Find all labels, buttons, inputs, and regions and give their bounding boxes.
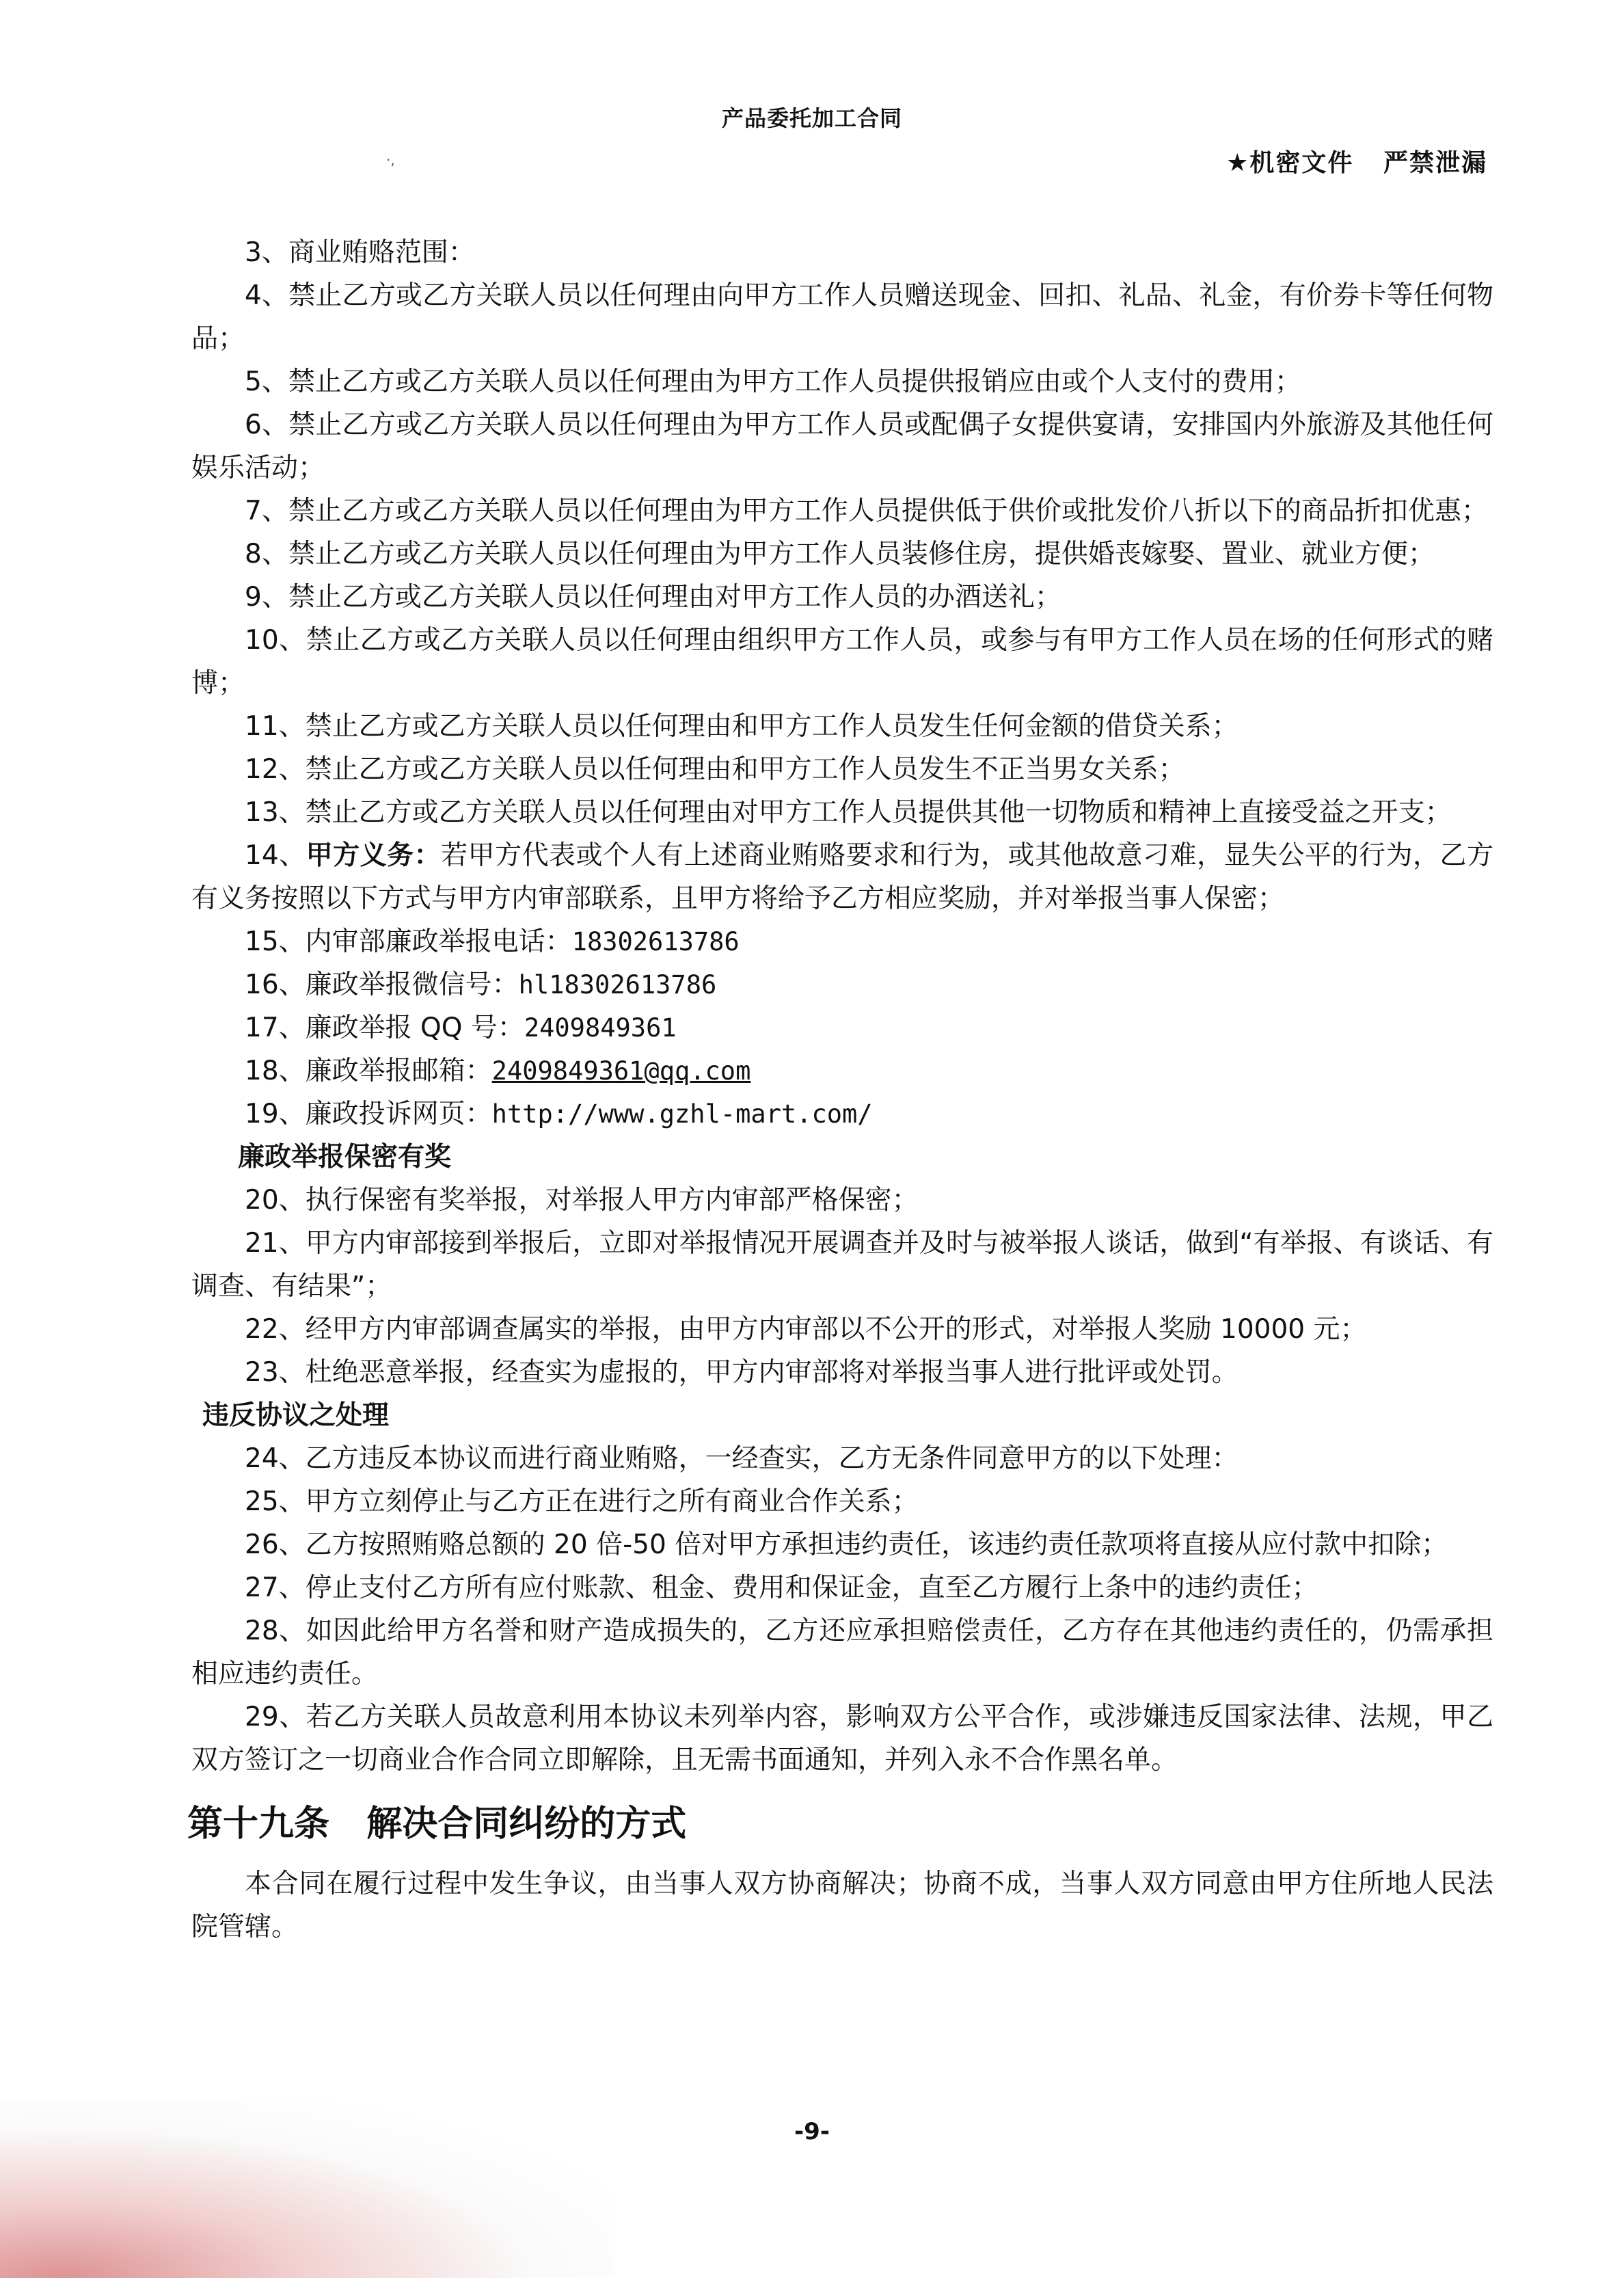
clause-number: 25 (245, 1486, 279, 1517)
violation-item-29: 29、若乙方关联人员故意利用本协议未列举内容，影响双方公平合作，或涉嫌违反国家法… (191, 1696, 1493, 1782)
separator: 、 (279, 1056, 306, 1086)
clause-3: 3、商业贿赂范围： (191, 231, 1493, 274)
separator: 、 (279, 1357, 306, 1388)
clause-number: 23 (245, 1357, 279, 1388)
separator: 、 (262, 539, 288, 569)
clause-number: 10 (245, 625, 279, 656)
clause-text: 甲方内审部接到举报后，立即对举报情况开展调查并及时与被举报人谈话，做到“有举报、… (191, 1228, 1493, 1302)
clause-number: 11 (245, 711, 279, 742)
violation-item-25: 25、甲方立刻停止与乙方正在进行之所有商业合作关系； (191, 1480, 1493, 1523)
contact-label: 内审部廉政举报电话： (306, 926, 572, 957)
article-19-heading: 第十九条 解决合同纠纷的方式 (187, 1797, 1489, 1851)
clause-number: 13 (245, 797, 279, 828)
separator: 、 (279, 625, 306, 656)
clause-12: 12、禁止乙方或乙方关联人员以任何理由和甲方工作人员发生不正当男女关系； (191, 748, 1493, 791)
clause-text: 若乙方关联人员故意利用本协议未列举内容，影响双方公平合作，或涉嫌违反国家法律、法… (191, 1702, 1493, 1775)
separator: 、 (262, 496, 288, 526)
clause-number: 14 (245, 840, 279, 871)
clause-number: 27 (245, 1572, 279, 1603)
reward-item-21: 21、甲方内审部接到举报后，立即对举报情况开展调查并及时与被举报人谈话，做到“有… (191, 1222, 1493, 1308)
contact-label: 廉政举报微信号： (306, 969, 519, 1000)
violation-item-27: 27、停止支付乙方所有应付账款、租金、费用和保证金，直至乙方履行上条中的违约责任… (191, 1566, 1493, 1609)
clause-number: 3 (245, 237, 262, 268)
contact-label: 廉政举报 QQ 号： (306, 1013, 524, 1043)
clause-number: 20 (245, 1185, 279, 1216)
separator: 、 (279, 1013, 306, 1043)
violation-item-26: 26、乙方按照贿赂总额的 20 倍-50 倍对甲方承担违约责任，该违约责任款项将… (191, 1523, 1493, 1566)
separator: 、 (262, 582, 288, 613)
scan-edge-stain (0, 2100, 615, 2278)
reward-item-22: 22、经甲方内审部调查属实的举报，由甲方内审部以不公开的形式，对举报人奖励 10… (191, 1308, 1493, 1351)
separator: 、 (262, 280, 288, 311)
clause-number: 15 (245, 926, 279, 957)
clause-number: 21 (245, 1228, 279, 1259)
clause-text: 禁止乙方或乙方关联人员以任何理由为甲方工作人员提供低于供价或批发价八折以下的商品… (288, 496, 1488, 526)
clause-text: 禁止乙方或乙方关联人员以任何理由向甲方工作人员赠送现金、回扣、礼品、礼金，有价券… (191, 280, 1493, 354)
clause-text: 禁止乙方或乙方关联人员以任何理由对甲方工作人员提供其他一切物质和精神上直接受益之… (306, 797, 1452, 828)
clause-11: 11、禁止乙方或乙方关联人员以任何理由和甲方工作人员发生任何金额的借贷关系； (191, 705, 1493, 748)
separator: 、 (279, 1572, 306, 1603)
clause-text: 禁止乙方或乙方关联人员以任何理由和甲方工作人员发生不正当男女关系； (306, 754, 1185, 785)
clause-number: 6 (245, 410, 262, 440)
clause-13: 13、禁止乙方或乙方关联人员以任何理由对甲方工作人员提供其他一切物质和精神上直接… (191, 791, 1493, 834)
website-url: http://www.gzhl-mart.com/ (492, 1099, 873, 1129)
separator: 、 (279, 1486, 306, 1517)
separator: 、 (279, 1702, 306, 1732)
separator: 、 (279, 969, 306, 1000)
separator: 、 (262, 410, 288, 440)
separator: 、 (279, 926, 306, 957)
contact-website: 19、廉政投诉网页：http://www.gzhl-mart.com/ (191, 1093, 1493, 1136)
document-body: 3、商业贿赂范围： 4、禁止乙方或乙方关联人员以任何理由向甲方工作人员赠送现金、… (191, 231, 1493, 1948)
separator: 、 (279, 840, 306, 871)
clause-9: 9、禁止乙方或乙方关联人员以任何理由对甲方工作人员的办酒送礼； (191, 576, 1493, 619)
clause-number: 12 (245, 754, 279, 785)
clause-7: 7、禁止乙方或乙方关联人员以任何理由为甲方工作人员提供低于供价或批发价八折以下的… (191, 490, 1493, 533)
phone-number: 18302613786 (572, 927, 740, 956)
clause-10: 10、禁止乙方或乙方关联人员以任何理由组织甲方工作人员，或参与有甲方工作人员在场… (191, 619, 1493, 705)
clause-number: 26 (245, 1529, 279, 1560)
clause-14: 14、甲方义务：若甲方代表或个人有上述商业贿赂要求和行为，或其他故意刁难，显失公… (191, 834, 1493, 920)
separator: 、 (262, 237, 288, 268)
clause-text: 如因此给甲方名誉和财产造成损失的，乙方还应承担赔偿责任，乙方存在其他违约责任的，… (191, 1616, 1493, 1689)
clause-number: 8 (245, 539, 262, 569)
contact-email: 18、廉政举报邮箱：2409849361@qq.com (191, 1049, 1493, 1093)
clause-number: 28 (245, 1616, 279, 1646)
clause-text: 禁止乙方或乙方关联人员以任何理由为甲方工作人员提供报销应由或个人支付的费用； (288, 366, 1301, 397)
clause-number: 5 (245, 366, 262, 397)
clause-number: 29 (245, 1702, 279, 1732)
email-link[interactable]: 2409849361@qq.com (492, 1056, 751, 1086)
document-header-title: 产品委托加工合同 (0, 101, 1624, 133)
clause-number: 7 (245, 496, 262, 526)
clause-text: 商业贿赂范围： (288, 237, 475, 268)
reward-item-23: 23、杜绝恶意举报，经查实为虚报的，甲方内审部将对举报当事人进行批评或处罚。 (191, 1351, 1493, 1394)
contact-phone: 15、内审部廉政举报电话：18302613786 (191, 920, 1493, 963)
separator: 、 (279, 1314, 306, 1345)
scan-speck: ·, (386, 152, 395, 168)
confidential-mark: ★机密文件 严禁泄漏 (1226, 144, 1487, 178)
contact-wechat: 16、廉政举报微信号：hl18302613786 (191, 963, 1493, 1006)
clause-text: 乙方按照贿赂总额的 20 倍-50 倍对甲方承担违约责任，该违约责任款项将直接从… (306, 1529, 1448, 1560)
clause-text: 停止支付乙方所有应付账款、租金、费用和保证金，直至乙方履行上条中的违约责任； (306, 1572, 1318, 1603)
clause-number: 4 (245, 280, 262, 311)
separator: 、 (279, 711, 306, 742)
clause-text: 经甲方内审部调查属实的举报，由甲方内审部以不公开的形式，对举报人奖励 10000… (306, 1314, 1367, 1345)
article-19-body: 本合同在履行过程中发生争议，由当事人双方协商解决；协商不成，当事人双方同意由甲方… (191, 1862, 1493, 1948)
clause-number: 16 (245, 969, 279, 1000)
clause-number: 19 (245, 1099, 279, 1129)
clause-number: 22 (245, 1314, 279, 1345)
separator: 、 (279, 1185, 306, 1216)
clause-number: 9 (245, 582, 262, 613)
clause-text: 禁止乙方或乙方关联人员以任何理由为甲方工作人员装修住房，提供婚丧嫁娶、置业、就业… (288, 539, 1435, 569)
clause-text: 执行保密有奖举报，对举报人甲方内审部严格保密； (306, 1185, 919, 1216)
clause-text: 甲方立刻停止与乙方正在进行之所有商业合作关系； (306, 1486, 919, 1517)
separator: 、 (279, 1228, 306, 1259)
document-page: 产品委托加工合同 ·, ★机密文件 严禁泄漏 3、商业贿赂范围： 4、禁止乙方或… (0, 0, 1624, 2278)
violation-item-28: 28、如因此给甲方名誉和财产造成损失的，乙方还应承担赔偿责任，乙方存在其他违约责… (191, 1609, 1493, 1696)
separator: 、 (279, 797, 306, 828)
clause-8: 8、禁止乙方或乙方关联人员以任何理由为甲方工作人员装修住房，提供婚丧嫁娶、置业、… (191, 533, 1493, 576)
qq-number: 2409849361 (524, 1013, 677, 1043)
clause-6: 6、禁止乙方或乙方关联人员以任何理由为甲方工作人员或配偶子女提供宴请，安排国内外… (191, 403, 1493, 490)
wechat-id: hl18302613786 (519, 970, 717, 1000)
separator: 、 (279, 1099, 306, 1129)
contact-label: 廉政投诉网页： (306, 1099, 492, 1129)
clause-4: 4、禁止乙方或乙方关联人员以任何理由向甲方工作人员赠送现金、回扣、礼品、礼金，有… (191, 274, 1493, 360)
separator: 、 (262, 366, 288, 397)
separator: 、 (279, 1529, 306, 1560)
clause-text: 禁止乙方或乙方关联人员以任何理由组织甲方工作人员，或参与有甲方工作人员在场的任何… (191, 625, 1493, 699)
reward-item-20: 20、执行保密有奖举报，对举报人甲方内审部严格保密； (191, 1179, 1493, 1222)
section-heading-reward: 廉政举报保密有奖 (191, 1136, 1493, 1179)
separator: 、 (279, 1443, 306, 1474)
clause-number: 24 (245, 1443, 279, 1474)
clause-text: 禁止乙方或乙方关联人员以任何理由对甲方工作人员的办酒送礼； (288, 582, 1061, 613)
contact-qq: 17、廉政举报 QQ 号：2409849361 (191, 1006, 1493, 1049)
section-heading-violation: 违反协议之处理 (191, 1394, 1493, 1437)
clause-label-party-a-obligation: 甲方义务： (306, 840, 441, 871)
clause-text: 杜绝恶意举报，经查实为虚报的，甲方内审部将对举报当事人进行批评或处罚。 (306, 1357, 1239, 1388)
violation-item-24: 24、乙方违反本协议而进行商业贿赂，一经查实，乙方无条件同意甲方的以下处理： (191, 1437, 1493, 1480)
separator: 、 (279, 754, 306, 785)
separator: 、 (279, 1616, 306, 1646)
contact-label: 廉政举报邮箱： (306, 1056, 492, 1086)
clause-number: 17 (245, 1013, 279, 1043)
clause-text: 禁止乙方或乙方关联人员以任何理由和甲方工作人员发生任何金额的借贷关系； (306, 711, 1239, 742)
clause-text: 禁止乙方或乙方关联人员以任何理由为甲方工作人员或配偶子女提供宴请，安排国内外旅游… (191, 410, 1493, 483)
clause-text: 乙方违反本协议而进行商业贿赂，一经查实，乙方无条件同意甲方的以下处理： (306, 1443, 1239, 1474)
clause-5: 5、禁止乙方或乙方关联人员以任何理由为甲方工作人员提供报销应由或个人支付的费用； (191, 360, 1493, 403)
clause-number: 18 (245, 1056, 279, 1086)
